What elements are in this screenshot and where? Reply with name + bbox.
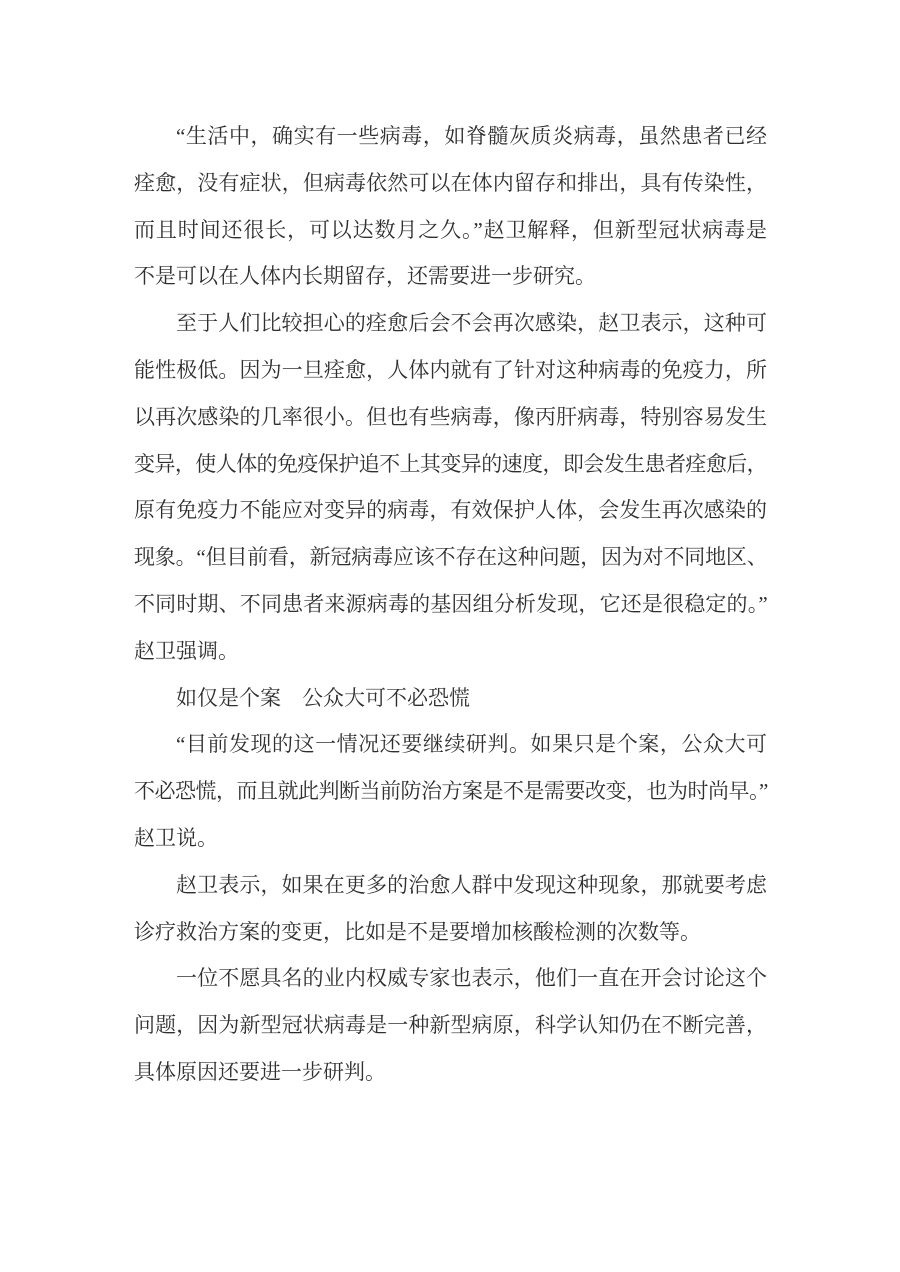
paragraph: 一位不愿具名的业内权威专家也表示，他们一直在开会讨论这个 问题，因为新型冠状病毒… bbox=[134, 955, 767, 1095]
article-body: “生活中，确实有一些病毒，如脊髓灰质炎病毒，虽然患者已经 痊愈，没有症状，但病毒… bbox=[134, 113, 767, 1096]
text-line: “生活中，确实有一些病毒，如脊髓灰质炎病毒，虽然患者已经 bbox=[134, 113, 767, 160]
section-heading: 如仅是个案 公众大可不必恐慌 bbox=[134, 675, 767, 722]
text-line: 变异，使人体的免疫保护追不上其变异的速度，即会发生患者痊愈后， bbox=[134, 441, 767, 488]
text-line: “目前发现的这一情况还要继续研判。如果只是个案，公众大可 bbox=[134, 721, 767, 768]
text-line: 现象。“但目前看，新冠病毒应该不存在这种问题，因为对不同地区、 bbox=[134, 534, 767, 581]
text-line: 痊愈，没有症状，但病毒依然可以在体内留存和排出，具有传染性， bbox=[134, 160, 767, 207]
text-line: 不必恐慌，而且就此判断当前防治方案是不是需要改变，也为时尚早。” bbox=[134, 768, 767, 815]
text-line: 原有免疫力不能应对变异的病毒，有效保护人体，会发生再次感染的 bbox=[134, 487, 767, 534]
text-line: 不是可以在人体内长期留存，还需要进一步研究。 bbox=[134, 253, 767, 300]
text-line: 赵卫说。 bbox=[134, 815, 767, 862]
text-line: 诊疗救治方案的变更，比如是不是要增加核酸检测的次数等。 bbox=[134, 909, 767, 956]
document-page: “生活中，确实有一些病毒，如脊髓灰质炎病毒，虽然患者已经 痊愈，没有症状，但病毒… bbox=[0, 0, 900, 1272]
text-line: 能性极低。因为一旦痊愈，人体内就有了针对这种病毒的免疫力，所 bbox=[134, 347, 767, 394]
text-line: 一位不愿具名的业内权威专家也表示，他们一直在开会讨论这个 bbox=[134, 955, 767, 1002]
text-line: 具体原因还要进一步研判。 bbox=[134, 1049, 767, 1096]
paragraph: 赵卫表示，如果在更多的治愈人群中发现这种现象，那就要考虑 诊疗救治方案的变更，比… bbox=[134, 862, 767, 956]
paragraph: 至于人们比较担心的痊愈后会不会再次感染，赵卫表示，这种可 能性极低。因为一旦痊愈… bbox=[134, 300, 767, 674]
text-line: 不同时期、不同患者来源病毒的基因组分析发现，它还是很稳定的。” bbox=[134, 581, 767, 628]
text-line: 问题，因为新型冠状病毒是一种新型病原，科学认知仍在不断完善， bbox=[134, 1002, 767, 1049]
text-line: 以再次感染的几率很小。但也有些病毒，像丙肝病毒，特别容易发生 bbox=[134, 394, 767, 441]
text-line: 赵卫表示，如果在更多的治愈人群中发现这种现象，那就要考虑 bbox=[134, 862, 767, 909]
text-line: 至于人们比较担心的痊愈后会不会再次感染，赵卫表示，这种可 bbox=[134, 300, 767, 347]
paragraph: 如仅是个案 公众大可不必恐慌 bbox=[134, 675, 767, 722]
paragraph: “目前发现的这一情况还要继续研判。如果只是个案，公众大可 不必恐慌，而且就此判断… bbox=[134, 721, 767, 861]
paragraph: “生活中，确实有一些病毒，如脊髓灰质炎病毒，虽然患者已经 痊愈，没有症状，但病毒… bbox=[134, 113, 767, 300]
text-line: 而且时间还很长，可以达数月之久。”赵卫解释，但新型冠状病毒是 bbox=[134, 207, 767, 254]
text-line: 赵卫强调。 bbox=[134, 628, 767, 675]
